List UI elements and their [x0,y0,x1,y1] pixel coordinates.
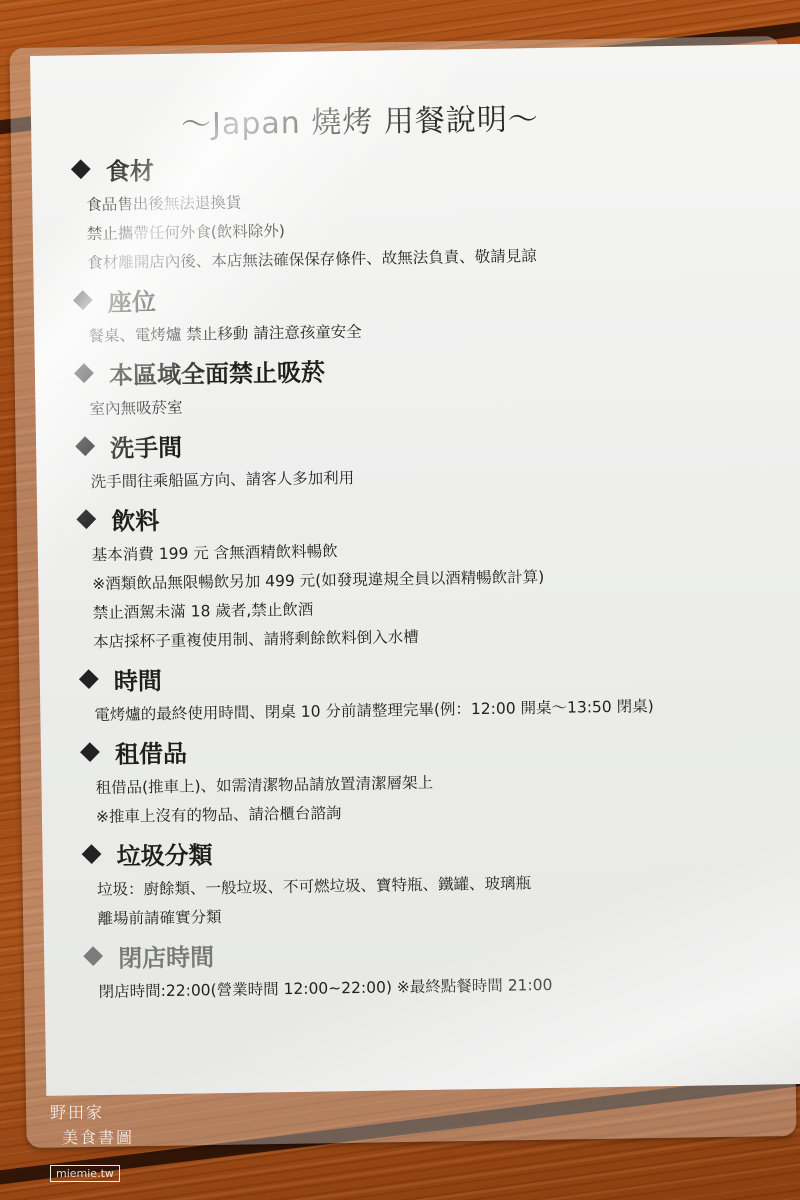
section-drinks: 飲料 基本消費 199 元 含無酒精飲料暢飲 ※酒類飲品無限暢飲另加 499 元… [75,486,797,657]
section-rentals: 租借品 租借品(推車上)、如需清潔物品請放置清潔層架上 ※推車上沒有的物品、請洽… [79,719,800,832]
diamond-bullet-icon [74,363,94,383]
section-heading: 閉店時間 [118,937,215,974]
section-food: 食材 食品售出後無法退換貨 禁止攜帶任何外食(飲料除外) 食材離開店內後、本店無… [69,136,791,278]
section-heading: 洗手間 [110,427,183,463]
diamond-bullet-icon [73,290,93,310]
diamond-bullet-icon [71,159,91,179]
diamond-bullet-icon [75,436,95,456]
diamond-bullet-icon [76,509,96,529]
section-closing-time: 閉店時間 閉店時間:22:00(營業時間 12:00~22:00) ※最終點餐時… [82,923,800,1007]
section-restroom: 洗手間 洗手間往乘船區方向、請客人多加利用 [74,413,795,497]
diamond-bullet-icon [82,844,102,864]
section-heading: 食材 [106,151,155,187]
diamond-bullet-icon [79,669,99,689]
section-heading: 座位 [108,282,157,318]
section-heading: 時間 [114,661,163,697]
watermark-site: miemie.tw [50,1165,120,1182]
rules-sheet: ～Japan 燒烤 用餐說明～ 食材 食品售出後無法退換貨 禁止攜帶任何外食(飲… [30,44,800,1096]
watermark-line1: 野田家 [50,1100,104,1123]
section-time: 時間 電烤爐的最終使用時間、閉桌 10 分前請整理完畢(例：12:00 開桌～1… [77,646,798,730]
section-heading: 垃圾分類 [116,835,213,872]
diamond-bullet-icon [83,946,103,966]
diamond-bullet-icon [80,742,100,762]
section-seating: 座位 餐桌、電烤爐 禁止移動 請注意孩童安全 [71,267,792,351]
rules-content: 食材 食品售出後無法退換貨 禁止攜帶任何外食(飲料除外) 食材離開店內後、本店無… [69,136,800,1007]
watermark-line2: 美食書圖 [62,1125,134,1148]
watermark: 野田家 美食書圖 miemie.tw [20,1085,150,1195]
section-heading: 本區域全面禁止吸菸 [109,352,326,390]
section-no-smoking: 本區域全面禁止吸菸 室內無吸菸室 [73,340,794,424]
section-heading: 飲料 [111,501,160,537]
page-title: ～Japan 燒烤 用餐說明～ [181,94,539,144]
section-garbage: 垃圾分類 垃圾：廚餘類、一般垃圾、不可燃垃圾、寶特瓶、鐵罐、玻璃瓶 離場前請確實… [80,821,800,934]
section-heading: 租借品 [115,733,188,769]
